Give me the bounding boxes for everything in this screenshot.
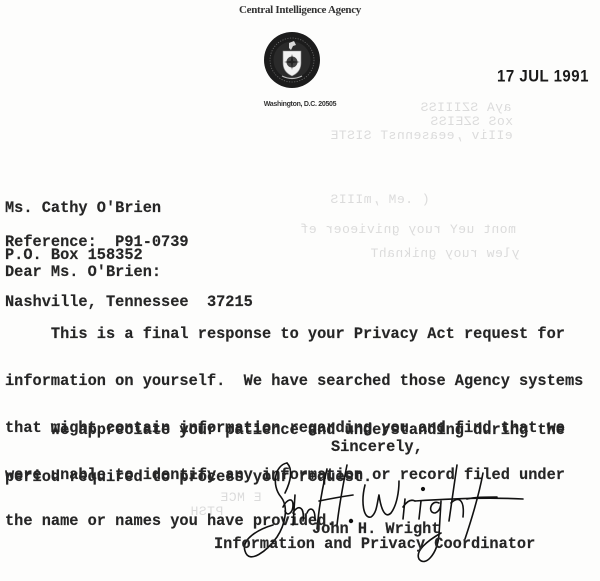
cia-seal-icon [263,31,321,89]
body-line: information on yourself. We have searche… [5,374,583,390]
bleed-through-text: mont ueY ruoy gnivieoer ef [300,222,516,237]
handwritten-signature-icon [235,455,525,575]
signer-title: Information and Privacy Coordinator [214,537,535,553]
bleed-through-text: eIIiv ,eeasennsT SISTE [330,128,513,143]
closing: Sincerely, [331,440,423,456]
date-stamp: 17 JUL 1991 [497,67,589,85]
bleed-through-text: xoS SZEISS [430,114,513,129]
reference-number: Reference: P91-0739 [5,235,189,251]
bleed-through-text: ( .eM ,mIIIS [330,192,430,207]
agency-city: Washington, D.C. 20505 [0,101,600,108]
body-line: This is a final response to your Privacy… [5,327,583,343]
salutation: Dear Ms. O'Brien: [5,265,161,281]
body-line: We appreciate your patience and understa… [5,423,565,439]
letter-page: ayA SZIIISS xoS SZEISS eIIiv ,eeasennsT … [0,0,600,581]
recipient-name: Ms. Cathy O'Brien [5,201,253,217]
agency-name: Central Intelligence Agency [0,4,600,16]
bleed-through-text: ylew ruoy gniknahT [370,246,519,261]
